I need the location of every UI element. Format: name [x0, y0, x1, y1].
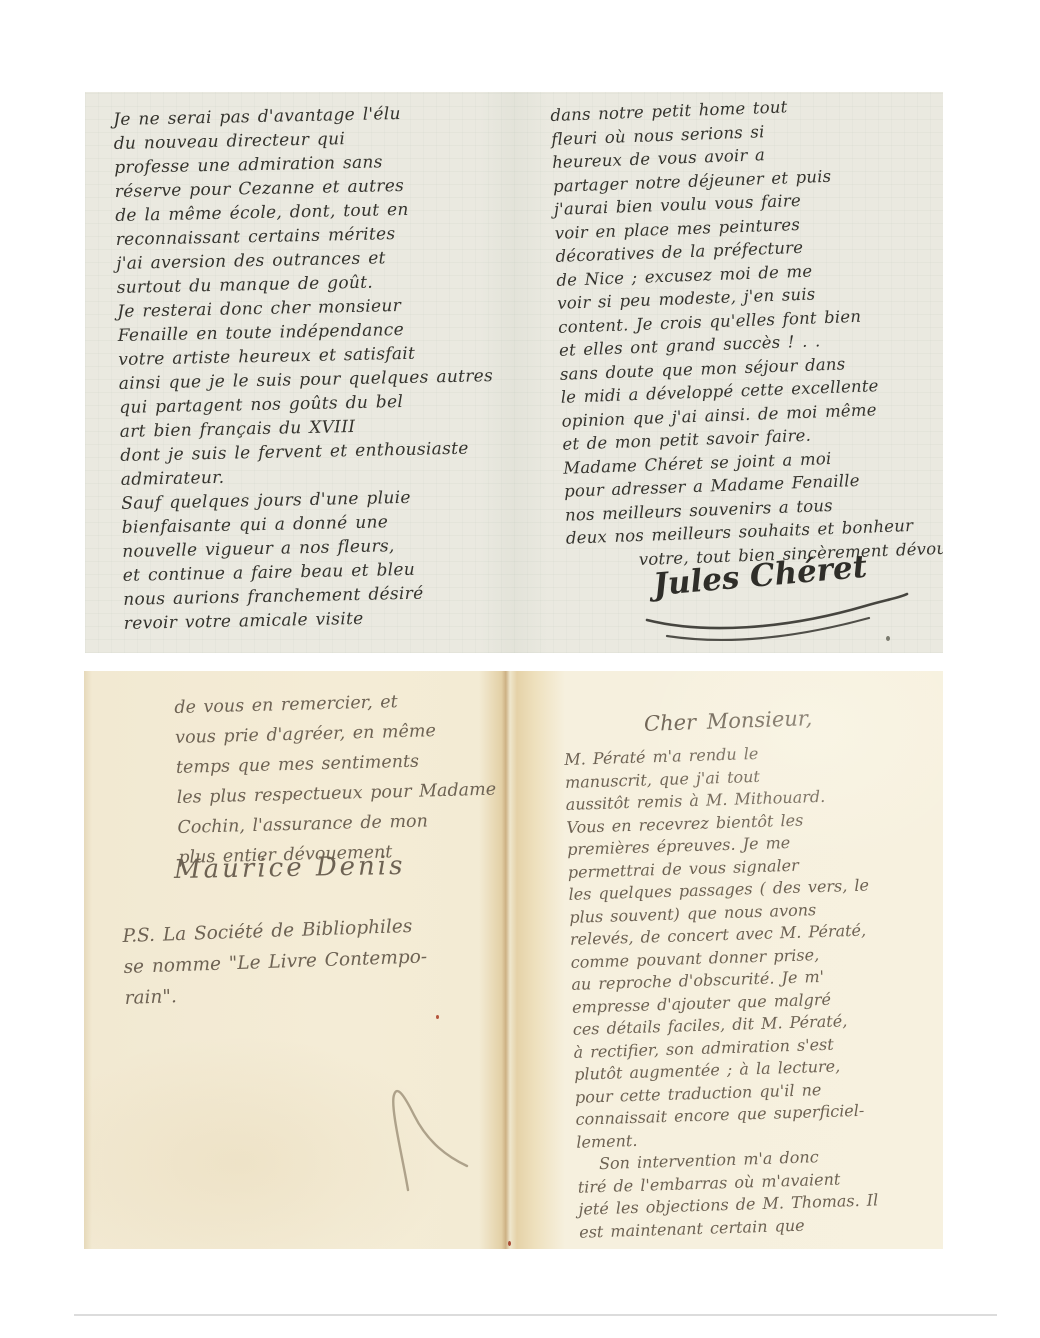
signature-flourish-icon	[633, 590, 913, 648]
letter-page-left: Je ne serai pas d'avantage l'éludu nouve…	[113, 99, 554, 636]
footer-divider-rule	[74, 1314, 997, 1316]
red-speck	[508, 1241, 511, 1246]
letter-page-right: M. Pératé m'a rendu lemanuscrit, que j'a…	[564, 737, 943, 1243]
postscript: P.S. La Société de Bibliophilesse nomme …	[122, 907, 515, 1014]
salutation: Cher Monsieur,	[644, 706, 813, 736]
letter-page-right: dans notre petit home toutfleuri où nous…	[550, 92, 943, 574]
letter-page-left: de vous en remercier, etvous prie d'agré…	[174, 684, 524, 873]
letter-scan-cheret: Je ne serai pas d'avantage l'éludu nouve…	[85, 92, 943, 653]
ink-speck	[886, 636, 890, 641]
red-speck	[436, 1015, 439, 1019]
pencil-check-mark	[304, 1049, 474, 1209]
letter-scan-denis: de vous en remercier, etvous prie d'agré…	[84, 671, 943, 1249]
page-root: { "page": { "background_color": "#ffffff…	[0, 0, 1040, 1338]
maurice-denis-signature: Maurice Denis	[174, 851, 406, 885]
